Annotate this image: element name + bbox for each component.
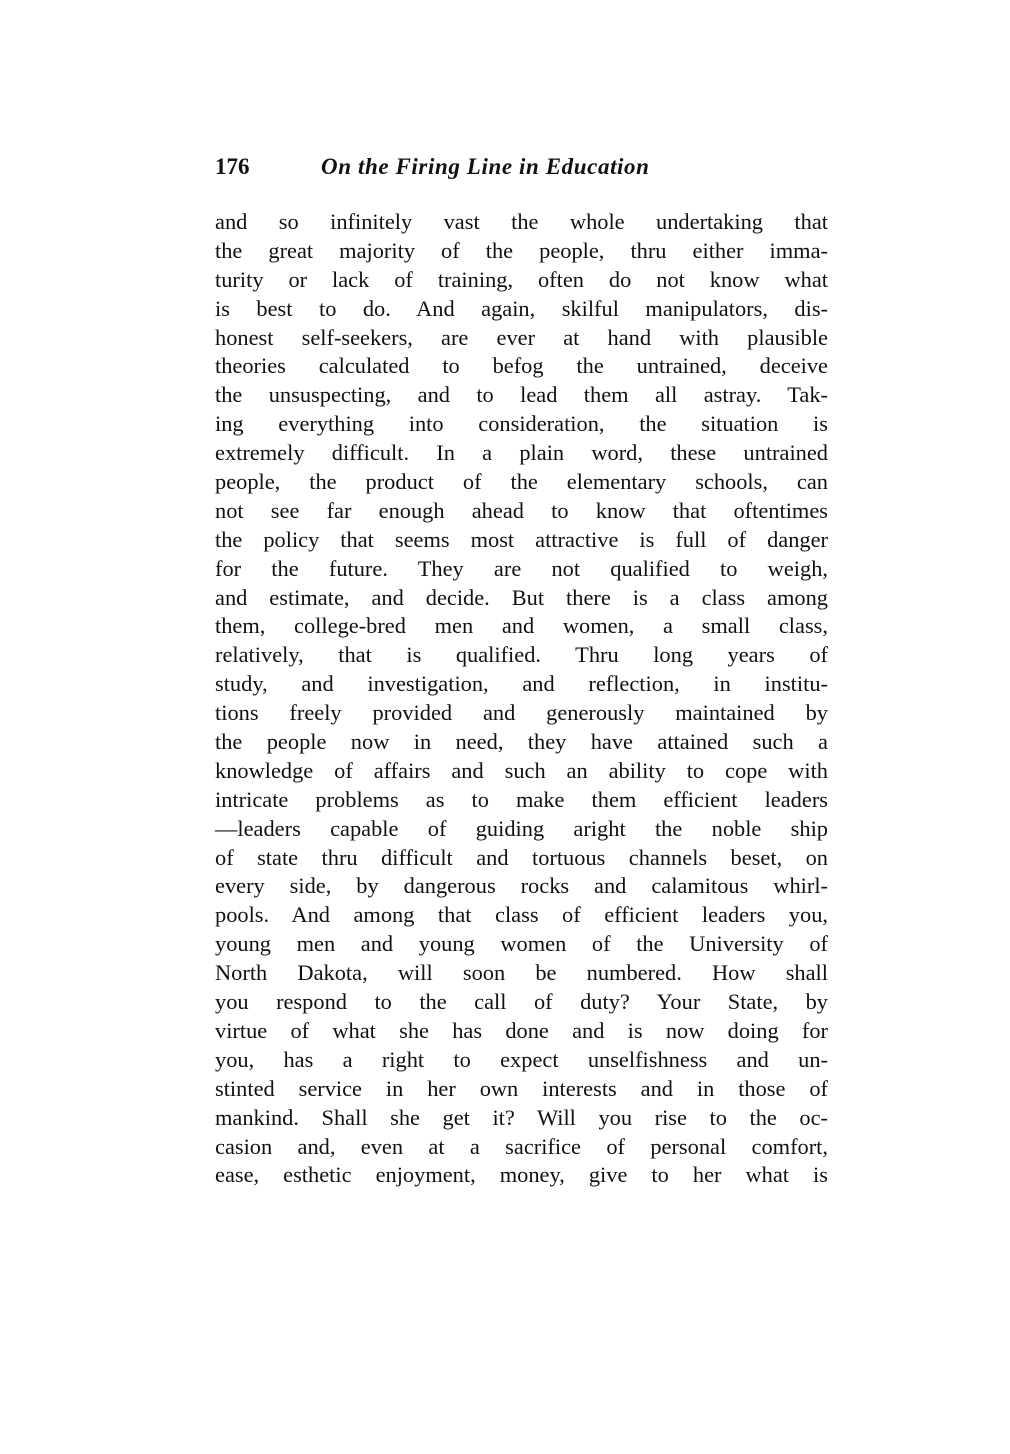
text-line: casion and, even at a sacrifice of perso… xyxy=(215,1133,828,1162)
text-line: you respond to the call of duty? Your St… xyxy=(215,988,828,1017)
text-line: the unsuspecting, and to lead them all a… xyxy=(215,381,828,410)
text-line: people, the product of the elementary sc… xyxy=(215,468,828,497)
text-line: North Dakota, will soon be numbered. How… xyxy=(215,959,828,988)
running-title: On the Firing Line in Education xyxy=(321,151,650,183)
text-line: knowledge of affairs and such an ability… xyxy=(215,757,828,786)
text-line: every side, by dangerous rocks and calam… xyxy=(215,872,828,901)
text-line: virtue of what she has done and is now d… xyxy=(215,1017,828,1046)
text-line: intricate problems as to make them effic… xyxy=(215,786,828,815)
text-line: the great majority of the people, thru e… xyxy=(215,237,828,266)
text-line: for the future. They are not qualified t… xyxy=(215,555,828,584)
text-line: ing everything into consideration, the s… xyxy=(215,410,828,439)
text-line: and estimate, and decide. But there is a… xyxy=(215,584,828,613)
text-line: stinted service in her own interests and… xyxy=(215,1075,828,1104)
text-line: study, and investigation, and reflection… xyxy=(215,670,828,699)
text-line: mankind. Shall she get it? Will you rise… xyxy=(215,1104,828,1133)
text-line: tions freely provided and generously mai… xyxy=(215,699,828,728)
text-line: ease, esthetic enjoyment, money, give to… xyxy=(215,1161,828,1190)
text-line: theories calculated to befog the untrain… xyxy=(215,352,828,381)
text-line: of state thru difficult and tortuous cha… xyxy=(215,844,828,873)
text-line: —leaders capable of guiding aright the n… xyxy=(215,815,828,844)
text-line: turity or lack of training, often do not… xyxy=(215,266,828,295)
page-number: 176 xyxy=(215,151,250,183)
book-page: 176 On the Firing Line in Education and … xyxy=(0,0,1010,1454)
text-line: pools. And among that class of efficient… xyxy=(215,901,828,930)
text-line: young men and young women of the Univers… xyxy=(215,930,828,959)
text-line: honest self-seekers, are ever at hand wi… xyxy=(215,324,828,353)
running-head: 176 On the Firing Line in Education xyxy=(215,151,828,183)
body-text: and so infinitely vast the whole underta… xyxy=(215,208,828,1190)
text-line: and so infinitely vast the whole underta… xyxy=(215,208,828,237)
text-line: them, college-bred men and women, a smal… xyxy=(215,612,828,641)
text-line: the people now in need, they have attain… xyxy=(215,728,828,757)
text-line: you, has a right to expect unselfishness… xyxy=(215,1046,828,1075)
text-line: extremely difficult. In a plain word, th… xyxy=(215,439,828,468)
text-line: the policy that seems most attractive is… xyxy=(215,526,828,555)
text-line: is best to do. And again, skilful manipu… xyxy=(215,295,828,324)
text-line: relatively, that is qualified. Thru long… xyxy=(215,641,828,670)
text-line: not see far enough ahead to know that of… xyxy=(215,497,828,526)
